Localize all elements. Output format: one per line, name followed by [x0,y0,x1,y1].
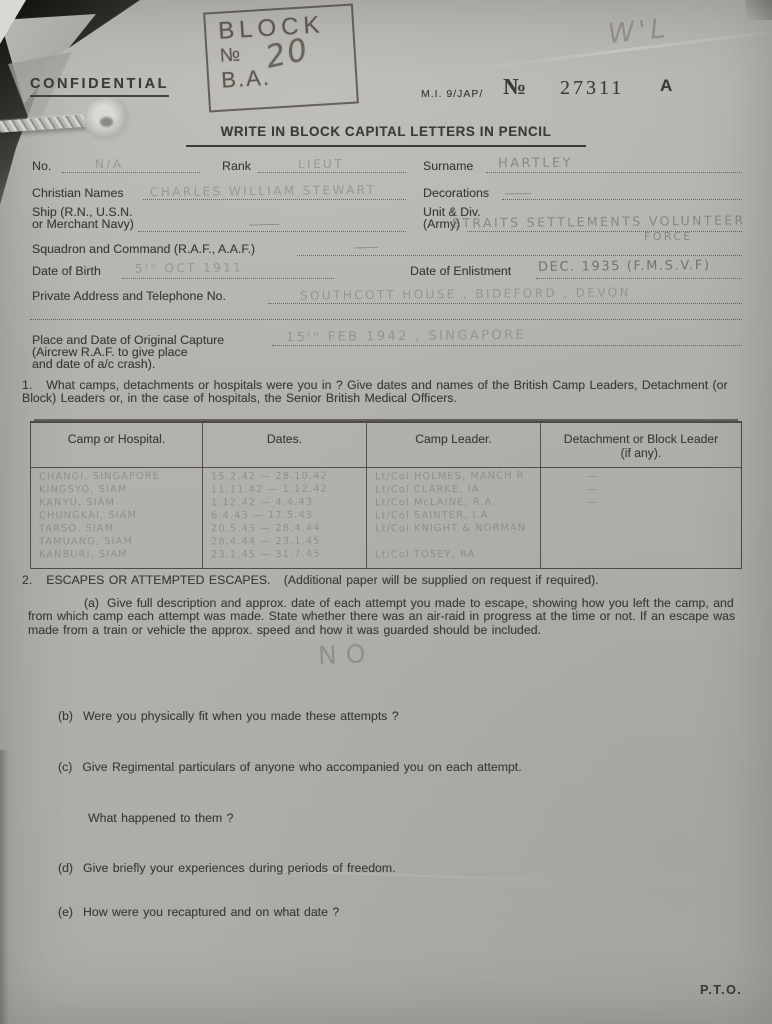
value-capture: 15ᵗʰ FEB 1942 , SINGAPORE [286,328,526,346]
table-cell-detachment [541,548,741,562]
value-enlistment: DEC. 1935 (F.M.S.V.F) [538,258,711,275]
form-instruction-title: WRITE IN BLOCK CAPITAL LETTERS IN PENCIL [186,124,586,147]
field-label-surname: Surname [423,160,473,173]
confidential-marking: CONFIDENTIAL [30,76,169,97]
form-reference-number: 27311 [560,77,624,100]
camps-table-header-row: Camp or Hospital. Dates. Camp Leader. De… [31,423,741,468]
question-2d-label: (d) [58,862,73,875]
value-ship-dash: — [246,217,282,232]
field-label-christian-names: Christian Names [32,187,124,200]
table-cell-camp: KANBURI, SIAM [31,548,202,562]
table-cell-dates: 28.4.44 — 23.1.45 [203,535,366,549]
question-2b-label: (b) [58,710,73,723]
form-reference-no-label: № [503,74,526,100]
table-cell-leader [367,535,540,549]
value-date-of-birth: 5ᵗʰ OCT 1911 [135,260,243,275]
field-label-enlistment: Date of Enlistment [410,265,511,278]
question-2e: (e)How were you recaptured and on what d… [58,906,339,919]
question-2d-text: Give briefly your experiences during per… [83,861,396,875]
dates-column: 15.2.42 — 28.10.42 11.11.42 — 1.12.42 1.… [203,468,367,568]
field-label-capture-3: and date of a/c crash). [32,358,155,371]
question-1: 1.What camps, detachments or hospitals w… [22,379,750,406]
dotted-line-no [62,171,200,173]
value-unit: STRAITS SETTLEMENTS VOLUNTEER [452,212,746,230]
table-cell-dates: 1.12.42 — 4.4.43 [203,496,366,510]
table-cell-leader: Lt/Col TOSEY, RA [367,548,540,562]
question-2a-text: Give full description and approx. date o… [28,596,735,637]
question-2-heading-text: ESCAPES OR ATTEMPTED ESCAPES. [46,573,270,587]
table-cell-camp: KANYU, SIAM [31,496,202,510]
column-header-detachment: Detachment or Block Leader (if any). [541,423,741,468]
question-2d: (d)Give briefly your experiences during … [58,862,396,875]
question-2a-label: (a) [56,597,99,610]
dotted-line-surname [486,171,742,173]
field-label-no: No. [32,160,51,173]
question-2c: (c)Give Regimental particulars of anyone… [58,761,522,774]
question-2e-text: How were you recaptured and on what date… [83,905,339,919]
table-cell-camp: KINGSYO, SIAM [31,483,202,497]
value-no: N/A [95,157,124,171]
dotted-line-unit [467,230,742,232]
table-cell-leader: Lt/Col McLAINE, R.A. [367,496,540,510]
dotted-line-rank [258,171,406,173]
field-label-squadron: Squadron and Command (R.A.F., A.A.F.) [32,243,255,256]
paper-corner-shadow [746,0,772,20]
block-number-stamp: BLOCK № B.A. 20 [203,4,359,113]
scanned-form-page: CONFIDENTIAL BLOCK № B.A. 20 M.I. 9/JAP/… [0,0,772,1024]
value-squadron-dash: — [352,240,380,255]
answer-no-handwritten: NO [318,639,375,670]
value-surname: HARTLEY [498,156,573,172]
table-cell-camp: TAMUANG, SIAM [31,535,202,549]
table-cell-leader: Lt/Col SAINTER, I.A. [367,509,540,523]
question-2c-followup-text: What happened to them ? [88,811,234,825]
dotted-line-separator [30,318,742,320]
dotted-line-date-of-birth [122,277,334,279]
form-reference-dept: M.I. 9/JAP/ [421,88,483,100]
question-2-number: 2. [22,574,32,587]
paper-edge-shadow [0,750,9,1024]
value-decorations-dash: — [503,186,533,200]
field-label-date-of-birth: Date of Birth [32,265,101,278]
question-1-text: What camps, detachments or hospitals wer… [22,378,728,405]
column-header-leader: Camp Leader. [367,423,541,468]
punch-hole [100,117,113,127]
question-2c-text: Give Regimental particulars of anyone wh… [82,760,521,774]
question-2c-followup: What happened to them ? [88,812,234,825]
camp-column: CHANGI, SINGAPORE KINGSYO, SIAM KANYU, S… [31,468,203,568]
field-label-ship-2: or Merchant Navy) [32,218,134,231]
question-2-heading: 2.ESCAPES OR ATTEMPTED ESCAPES. (Additio… [22,574,750,587]
question-2a: (a)Give full description and approx. dat… [28,597,748,637]
leader-column: Lt/Col HOLMES, MANCH R Lt/Col CLARKE, IA… [367,468,541,568]
field-label-decorations: Decorations [423,187,489,200]
detachment-column: — — — [541,468,741,568]
form-reference-suffix: A [660,76,672,96]
table-cell-camp: TARSO, SIAM [31,522,202,536]
question-2b-text: Were you physically fit when you made th… [83,709,399,723]
page-turn-over-marking: P.T.O. [700,983,742,997]
dotted-line-enlistment [536,277,742,279]
table-cell-camp: CHUNGKAI, SIAM [31,509,202,523]
dotted-line-decorations [502,198,742,200]
value-unit-line2: FORCE [644,230,693,244]
dotted-line-squadron [297,254,742,256]
value-address: SOUTHCOTT HOUSE , BIDEFORD , DEVON [300,285,631,302]
column-header-dates: Dates. [203,423,367,468]
camps-table-body: CHANGI, SINGAPORE KINGSYO, SIAM KANYU, S… [31,468,741,568]
table-cell-leader: Lt/Col KNIGHT & NORMAN [367,522,540,536]
table-cell-leader: Lt/Col CLARKE, IA [367,483,540,497]
field-label-address: Private Address and Telephone No. [32,290,226,303]
table-cell-leader: Lt/Col HOLMES, MANCH R [367,470,540,484]
table-cell-camp: CHANGI, SINGAPORE [31,470,202,484]
table-cell-dates: 11.11.42 — 1.12.42 [203,483,366,497]
value-rank: LIEUT [298,157,344,171]
table-cell-dates: 15.2.42 — 28.10.42 [203,470,366,484]
camps-table: Camp or Hospital. Dates. Camp Leader. De… [30,421,742,569]
table-cell-dates: 20.5.43 — 28.4.44 [203,522,366,536]
column-header-camp: Camp or Hospital. [31,423,203,468]
question-2c-label: (c) [58,761,72,774]
question-2e-label: (e) [58,906,73,919]
pencil-initials: W'L [607,13,671,50]
value-christian-names: CHARLES WILLIAM STEWART [150,183,376,199]
question-2-heading-note: (Additional paper will be supplied on re… [284,573,599,587]
question-2b: (b)Were you physically fit when you made… [58,710,399,723]
field-label-rank: Rank [222,160,251,173]
table-cell-dates: 23.1.45 — 31.7.45 [203,548,366,562]
table-cell-dates: 6.4.43 — 17.5.43 [203,509,366,523]
question-1-number: 1. [22,379,32,392]
